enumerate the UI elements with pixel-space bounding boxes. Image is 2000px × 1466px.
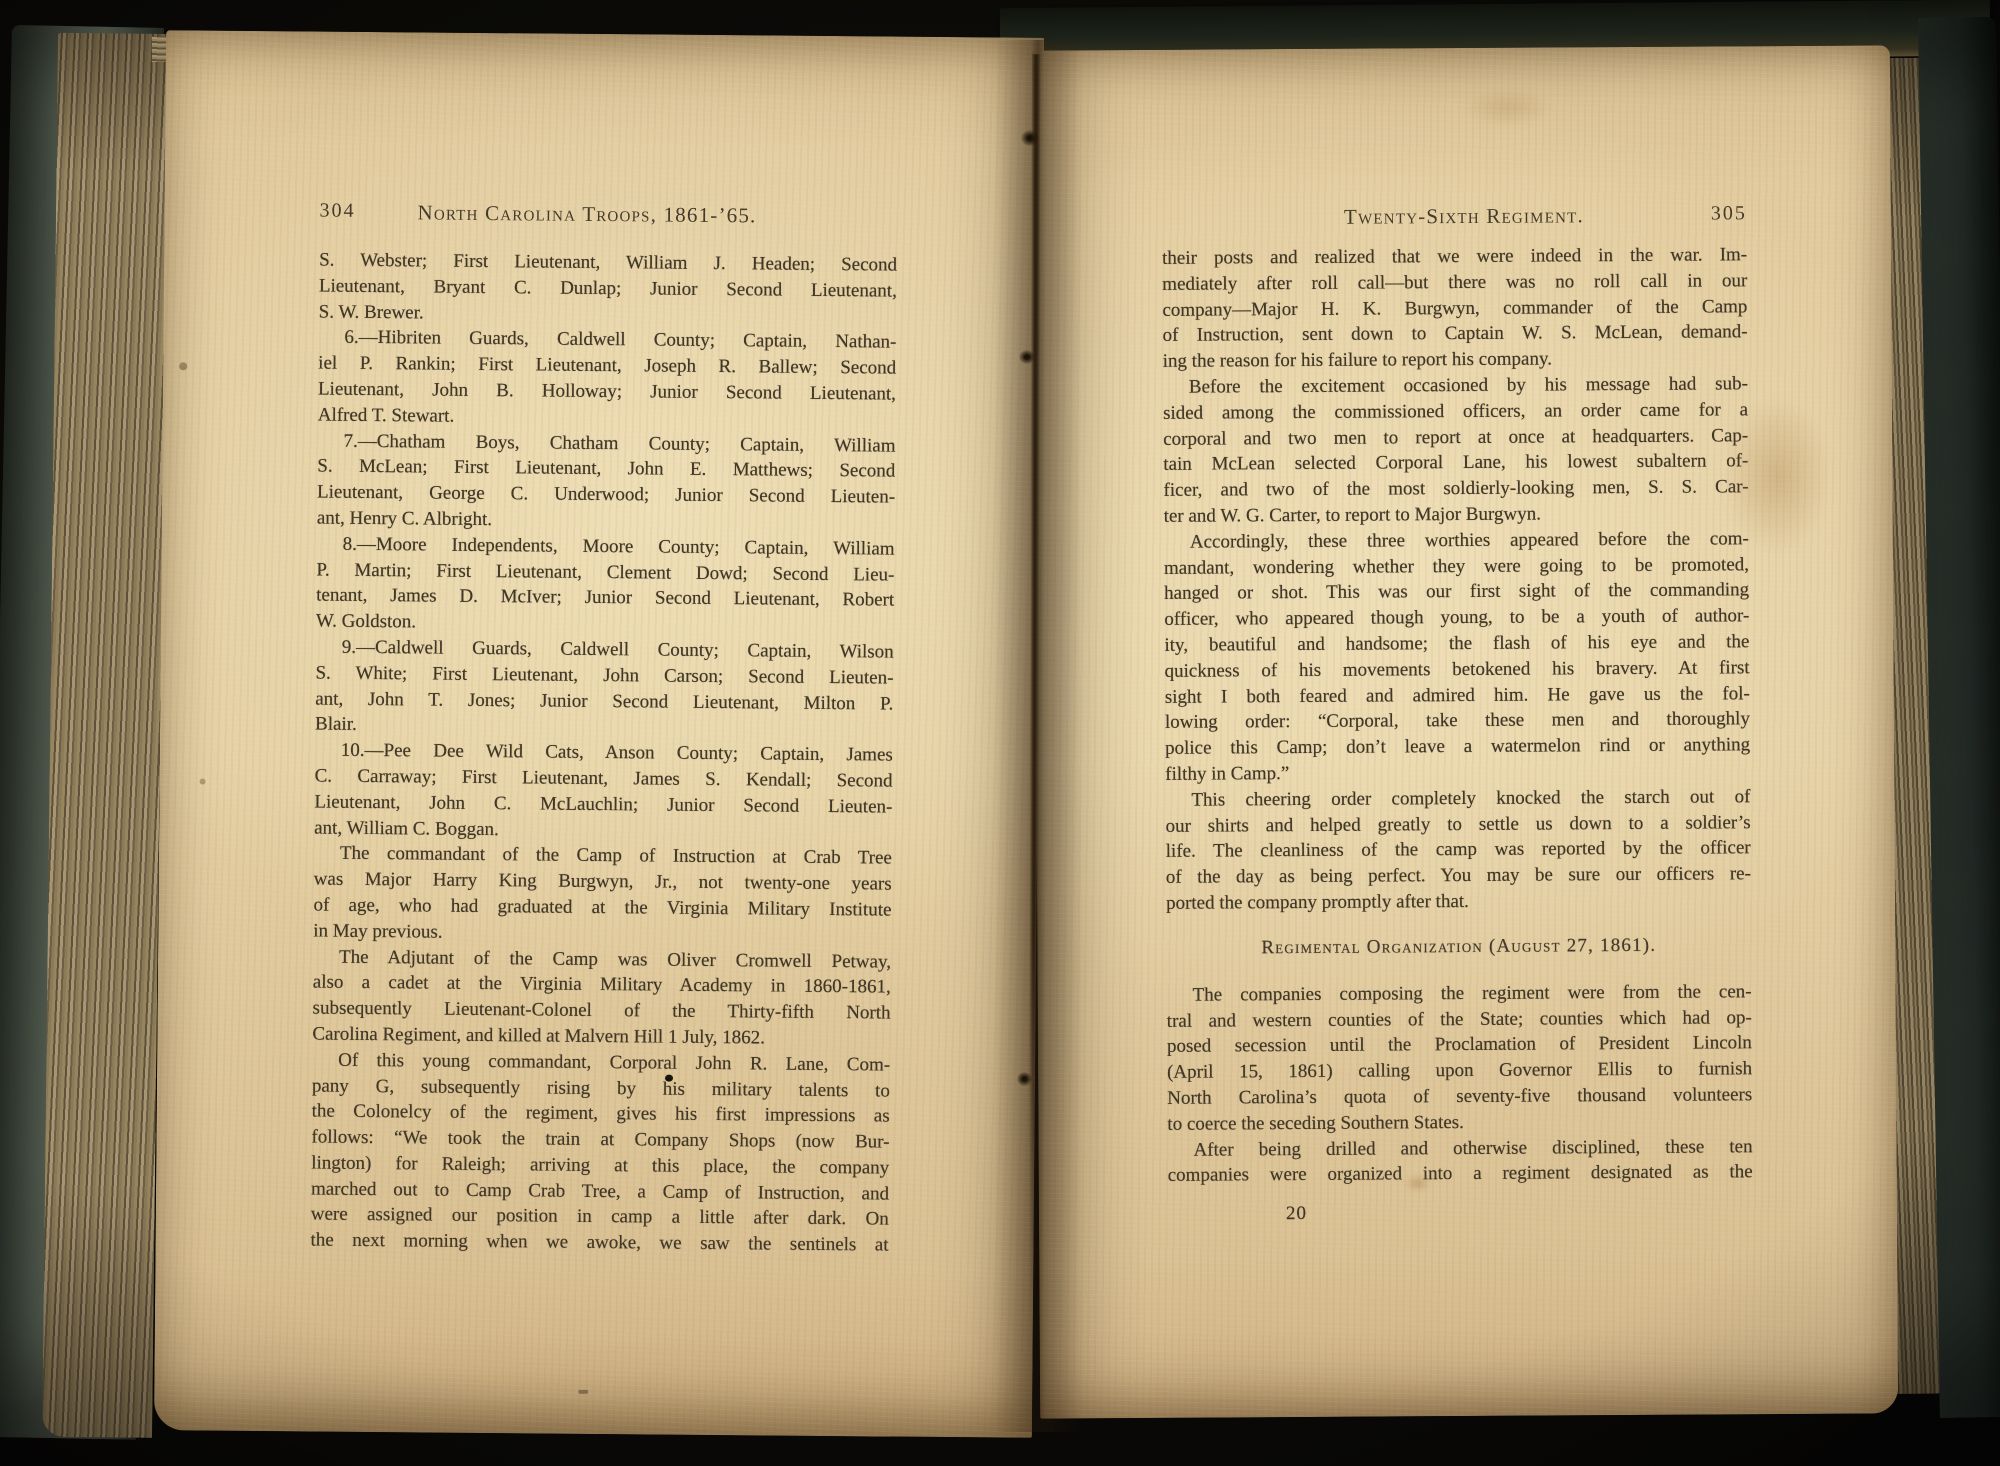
text-line: mediately after roll call—but there was … xyxy=(1162,268,1747,297)
open-book-photo: 304 North Carolina Troops, 1861-’65. S. … xyxy=(0,0,2000,1466)
left-page-number: 304 xyxy=(319,200,355,223)
right-running-header-title: Twenty-Sixth Regiment. xyxy=(1344,203,1584,229)
text-line: quickness of his movements betokened his… xyxy=(1165,655,1750,684)
text-line: police this Camp; don’t leave a watermel… xyxy=(1165,732,1750,761)
text-line: the next morning when we awoke, we saw t… xyxy=(310,1228,888,1259)
text-line: ported the company promptly after that. xyxy=(1166,887,1751,916)
left-running-header-title: North Carolina Troops, 1861-’65. xyxy=(417,200,756,228)
left-running-head: 304 North Carolina Troops, 1861-’65. xyxy=(319,200,897,235)
foxing-spot xyxy=(200,779,206,785)
text-line: of the day as being perfect. You may be … xyxy=(1166,861,1751,890)
text-line: their posts and realized that we were in… xyxy=(1162,242,1747,271)
signature-mark: 20 xyxy=(1168,1200,1753,1226)
foxing-spot xyxy=(179,362,187,370)
text-line: posed secession until the Proclamation o… xyxy=(1167,1031,1752,1060)
text-line: tain McLean selected Corporal Lane, his … xyxy=(1163,449,1748,478)
text-line: corporal and two men to report at once a… xyxy=(1163,423,1748,452)
text-line: ing the reason for his failure to report… xyxy=(1163,345,1748,374)
left-page-body: S. Webster; First Lieutenant, William J.… xyxy=(310,248,897,1259)
text-line: lowing order: “Corporal, take these men … xyxy=(1165,707,1750,736)
binding-stitch xyxy=(1021,130,1039,146)
stain xyxy=(1462,87,1552,128)
text-line: Before the excitement occasioned by his … xyxy=(1163,371,1748,400)
left-page: 304 North Carolina Troops, 1861-’65. S. … xyxy=(154,30,1044,1438)
text-line: ity, beautiful and handsome; the flash o… xyxy=(1164,629,1749,658)
text-line: Accordingly, these three worthies appear… xyxy=(1164,526,1749,555)
text-line: of Instruction, sent down to Captain W. … xyxy=(1162,320,1747,349)
right-page: Twenty-Sixth Regiment. 305 their posts a… xyxy=(1032,45,1898,1418)
text-line: officer, who appeared though young, to b… xyxy=(1164,603,1749,632)
right-page-paragraphs-1: their posts and realized that we were in… xyxy=(1162,242,1751,916)
text-line: This cheering order completely knocked t… xyxy=(1165,784,1750,813)
text-line: After being drilled and otherwise discip… xyxy=(1167,1134,1752,1163)
text-line: North Carolina’s quota of seventy-five t… xyxy=(1167,1082,1752,1111)
text-line: ant, John T. Jones; Junior Second Lieute… xyxy=(315,686,893,717)
left-page-text-column: S. Webster; First Lieutenant, William J.… xyxy=(310,248,897,1259)
text-line: life. The cleanliness of the camp was re… xyxy=(1166,836,1751,865)
text-line: (April 15, 1861) calling upon Governor E… xyxy=(1167,1056,1752,1085)
text-line: sight I both feared and admired him. He … xyxy=(1165,681,1750,710)
binding-stitch xyxy=(1017,1072,1032,1086)
text-line: sided among the commissioned officers, a… xyxy=(1163,397,1748,426)
right-running-head: Twenty-Sixth Regiment. 305 xyxy=(1162,202,1747,236)
text-line: companies were organized into a regiment… xyxy=(1168,1160,1753,1189)
binding-stitch xyxy=(1019,350,1035,364)
text-line: our shirts and helped greatly to settle … xyxy=(1165,810,1750,839)
right-page-number: 305 xyxy=(1711,202,1747,225)
text-line: to coerce the seceding Southern States. xyxy=(1167,1108,1752,1137)
right-page-text-column: their posts and realized that we were in… xyxy=(1162,242,1753,1226)
text-line: hanged or shot. This was our first sight… xyxy=(1164,578,1749,607)
text-line: tral and western counties of the State; … xyxy=(1167,1005,1752,1034)
right-page-paragraphs-2: The companies composing the regiment wer… xyxy=(1167,979,1753,1189)
section-heading: Regimental Organization (August 27, 1861… xyxy=(1166,934,1751,960)
text-line: The companies composing the regiment wer… xyxy=(1167,979,1752,1008)
text-line: mandant, wondering whether they were goi… xyxy=(1164,552,1749,581)
text-line: ficer, and two of the most soldierly-loo… xyxy=(1163,474,1748,503)
paper-mark xyxy=(578,1390,588,1394)
text-line: ter and W. G. Carter, to report to Major… xyxy=(1164,500,1749,529)
page-edges-left-stack xyxy=(42,33,168,1438)
text-line: company—Major H. K. Burgwyn, commander o… xyxy=(1162,294,1747,323)
text-line: filthy in Camp.” xyxy=(1165,758,1750,787)
